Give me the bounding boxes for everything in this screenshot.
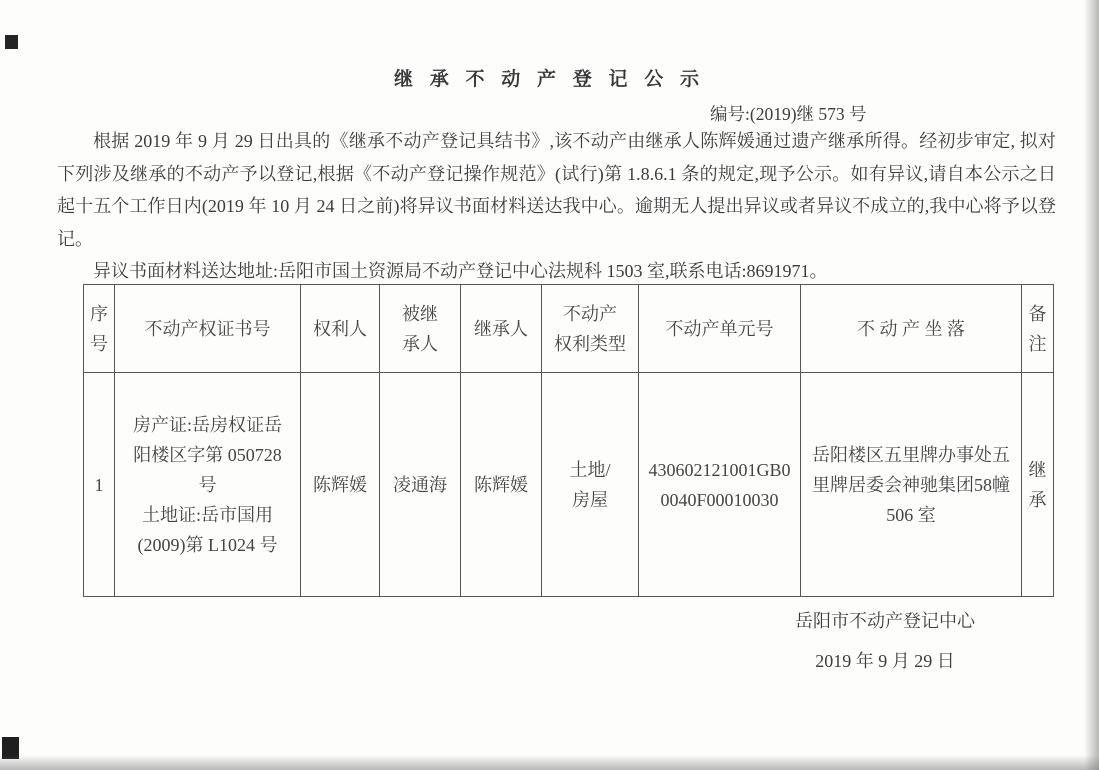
col-header-location: 不 动 产 坐 落 [801, 285, 1022, 373]
scan-shadow-bottom-edge [0, 755, 1099, 770]
cell-remark: 继 承 [1022, 373, 1054, 597]
col-header-decedent: 被继 承人 [380, 285, 461, 373]
scan-artifact-mark-top [5, 35, 18, 49]
cell-right-holder: 陈辉媛 [301, 373, 380, 597]
objection-address-paragraph: 异议书面材料送达地址:岳阳市国土资源局不动产登记中心法规科 1503 室,联系电… [57, 255, 1056, 288]
document-title: 继 承 不 动 产 登 记 公 示 [0, 64, 1099, 91]
scan-shadow-right-edge [1084, 0, 1099, 770]
signature-block: 岳阳市不动产登记中心 2019 年 9 月 29 日 [745, 608, 1025, 674]
col-header-seq: 序 号 [84, 285, 115, 373]
table-header-row: 序 号 不动产权证书号 权利人 被继 承人 继承人 不动产 权利类型 不动产单元… [84, 285, 1054, 373]
issuer-organization: 岳阳市不动产登记中心 [745, 608, 1025, 634]
notice-paragraph: 根据 2019 年 9 月 29 日出具的《继承不动产登记具结书》,该不动产由继… [57, 125, 1056, 255]
issue-date: 2019 年 9 月 29 日 [745, 648, 1025, 674]
col-header-heir: 继承人 [461, 285, 542, 373]
cell-location: 岳阳楼区五里牌办事处五 里牌居委会神驰集团58幢 506 室 [801, 373, 1022, 597]
col-header-certificate-no: 不动产权证书号 [115, 285, 301, 373]
cell-certificate-no: 房产证:岳房权证岳 阳楼区字第 050728 号 土地证:岳市国用 (2009)… [115, 373, 301, 597]
document-number: 编号:(2019)继 573 号 [710, 101, 867, 126]
col-header-remark: 备 注 [1022, 285, 1054, 373]
col-header-right-holder: 权利人 [301, 285, 380, 373]
cell-heir: 陈辉媛 [461, 373, 542, 597]
cell-seq: 1 [84, 373, 115, 597]
col-header-unit-no: 不动产单元号 [639, 285, 801, 373]
registration-table: 序 号 不动产权证书号 权利人 被继 承人 继承人 不动产 权利类型 不动产单元… [83, 284, 1054, 597]
table-row: 1 房产证:岳房权证岳 阳楼区字第 050728 号 土地证:岳市国用 (200… [84, 373, 1054, 597]
cell-decedent: 凌通海 [380, 373, 461, 597]
scanned-notice-page: 继 承 不 动 产 登 记 公 示 编号:(2019)继 573 号 根据 20… [0, 0, 1099, 770]
cell-unit-no: 430602121001GB0 0040F00010030 [639, 373, 801, 597]
cell-right-type: 土地/ 房屋 [542, 373, 639, 597]
col-header-right-type: 不动产 权利类型 [542, 285, 639, 373]
